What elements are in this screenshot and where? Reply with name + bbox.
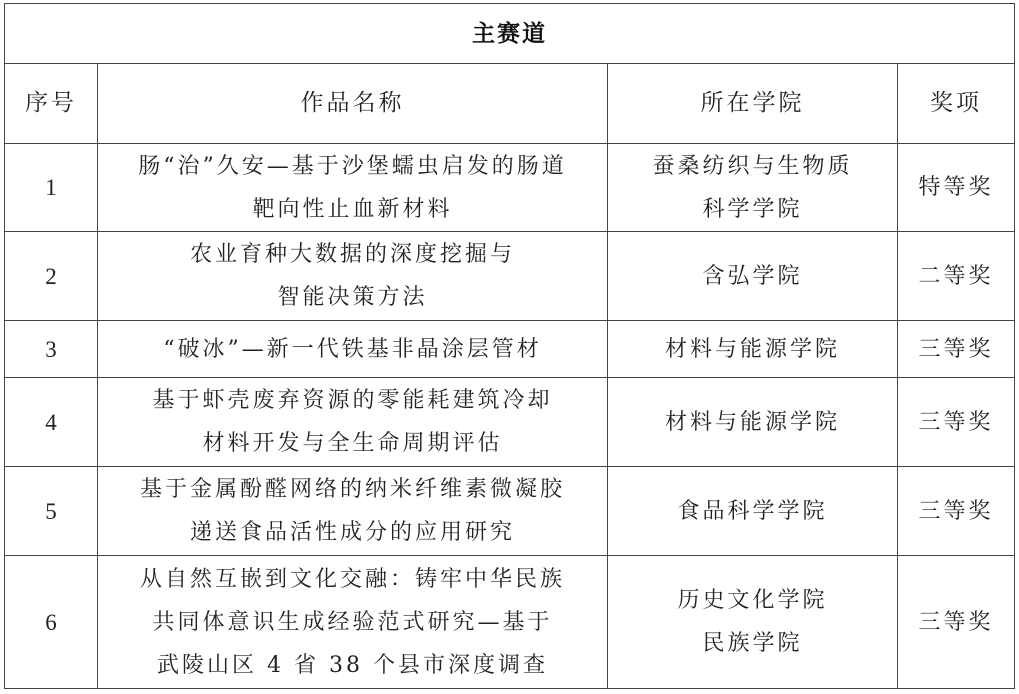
header-award: 奖项 [898, 64, 1015, 144]
row-name: 从自然互嵌到文化交融：铸牢中华民族 共同体意识生成经验范式研究—基于 武陵山区 … [98, 556, 608, 689]
name-line: 智能决策方法 [98, 276, 607, 319]
table-row: 5 基于金属酚醛网络的纳米纤维素微凝胶 递送食品活性成分的应用研究 食品科学学院… [5, 467, 1015, 556]
row-award: 三等奖 [898, 467, 1015, 556]
row-name: 肠“治”久安—基于沙堡蠕虫启发的肠道 靶向性止血新材料 [98, 144, 608, 232]
name-line: 材料开发与全生命周期评估 [98, 422, 607, 465]
college-line: 历史文化学院 [608, 579, 897, 622]
row-college: 含弘学院 [608, 232, 898, 321]
name-line: 武陵山区 4 省 38 个县市深度调查 [98, 644, 607, 687]
table-row: 2 农业育种大数据的深度挖掘与 智能决策方法 含弘学院 二等奖 [5, 232, 1015, 321]
row-award: 三等奖 [898, 556, 1015, 689]
header-row: 序号 作品名称 所在学院 奖项 [5, 64, 1015, 144]
table-title: 主赛道 [5, 4, 1015, 64]
header-index: 序号 [5, 64, 98, 144]
awards-table: 主赛道 序号 作品名称 所在学院 奖项 1 肠“治”久安—基于沙堡蠕虫启发的肠道… [4, 3, 1015, 689]
row-college: 材料与能源学院 [608, 378, 898, 467]
name-line: 共同体意识生成经验范式研究—基于 [98, 601, 607, 644]
college-line: 材料与能源学院 [608, 401, 897, 444]
name-line: “破冰”—新一代铁基非晶涂层管材 [98, 328, 607, 371]
college-line: 材料与能源学院 [608, 328, 897, 371]
row-award: 特等奖 [898, 144, 1015, 232]
college-line: 蚕桑纺织与生物质 [608, 145, 897, 188]
row-index: 2 [5, 232, 98, 321]
row-index: 3 [5, 321, 98, 378]
college-line: 食品科学学院 [608, 490, 897, 533]
table-row: 6 从自然互嵌到文化交融：铸牢中华民族 共同体意识生成经验范式研究—基于 武陵山… [5, 556, 1015, 689]
college-line: 民族学院 [608, 622, 897, 665]
name-line: 靶向性止血新材料 [98, 188, 607, 231]
row-college: 材料与能源学院 [608, 321, 898, 378]
row-name: 基于虾壳废弃资源的零能耗建筑冷却 材料开发与全生命周期评估 [98, 378, 608, 467]
table-row: 1 肠“治”久安—基于沙堡蠕虫启发的肠道 靶向性止血新材料 蚕桑纺织与生物质 科… [5, 144, 1015, 232]
name-line: 递送食品活性成分的应用研究 [98, 511, 607, 554]
row-college: 蚕桑纺织与生物质 科学学院 [608, 144, 898, 232]
college-line: 科学学院 [608, 188, 897, 231]
row-name: 农业育种大数据的深度挖掘与 智能决策方法 [98, 232, 608, 321]
row-award: 三等奖 [898, 321, 1015, 378]
name-line: 基于虾壳废弃资源的零能耗建筑冷却 [98, 379, 607, 422]
name-line: 农业育种大数据的深度挖掘与 [98, 233, 607, 276]
table-row: 4 基于虾壳废弃资源的零能耗建筑冷却 材料开发与全生命周期评估 材料与能源学院 … [5, 378, 1015, 467]
title-row: 主赛道 [5, 4, 1015, 64]
header-college: 所在学院 [608, 64, 898, 144]
row-name: 基于金属酚醛网络的纳米纤维素微凝胶 递送食品活性成分的应用研究 [98, 467, 608, 556]
row-award: 三等奖 [898, 378, 1015, 467]
row-index: 4 [5, 378, 98, 467]
row-award: 二等奖 [898, 232, 1015, 321]
row-index: 5 [5, 467, 98, 556]
header-name: 作品名称 [98, 64, 608, 144]
row-name: “破冰”—新一代铁基非晶涂层管材 [98, 321, 608, 378]
name-line: 从自然互嵌到文化交融：铸牢中华民族 [98, 558, 607, 601]
table-row: 3 “破冰”—新一代铁基非晶涂层管材 材料与能源学院 三等奖 [5, 321, 1015, 378]
college-line: 含弘学院 [608, 255, 897, 298]
name-line: 基于金属酚醛网络的纳米纤维素微凝胶 [98, 468, 607, 511]
row-college: 历史文化学院 民族学院 [608, 556, 898, 689]
name-line: 肠“治”久安—基于沙堡蠕虫启发的肠道 [98, 145, 607, 188]
row-index: 1 [5, 144, 98, 232]
row-index: 6 [5, 556, 98, 689]
row-college: 食品科学学院 [608, 467, 898, 556]
